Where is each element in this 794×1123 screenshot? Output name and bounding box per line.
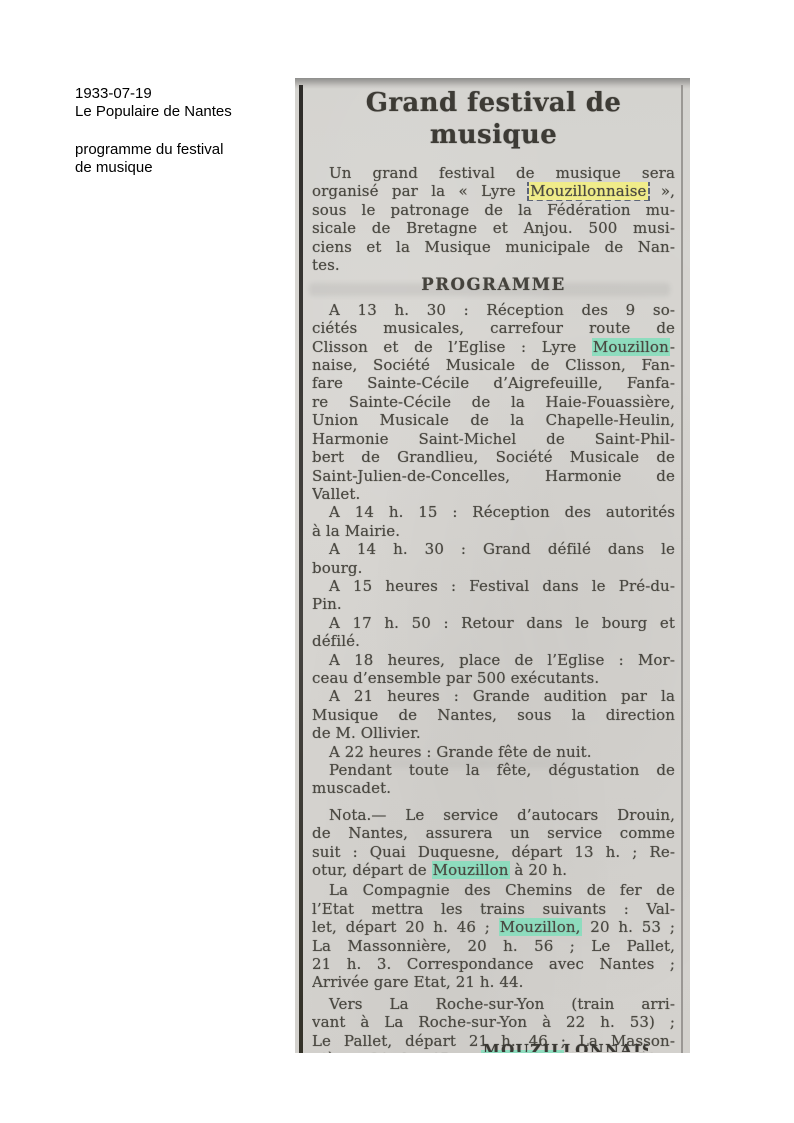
article-line: otur, départ de Mouzillon à 20 h. <box>312 861 675 879</box>
article-line: A 18 heures, place de l’Eglise : Mor- <box>312 651 675 669</box>
article-line: Saint-Julien-de-Concelles, Harmonie de <box>312 467 675 485</box>
paragraph: A 14 h. 15 : Réception des autoritésà la… <box>312 503 675 540</box>
clipping-description: programme du festival de musique <box>75 141 275 177</box>
article-title: Grand festival de musique <box>312 87 675 151</box>
article-line: bert de Grandlieu, Société Musicale de <box>312 448 675 466</box>
article-line: naise, Société Musicale de Clisson, Fan- <box>312 356 675 374</box>
clipping-source: Le Populaire de Nantes <box>75 103 275 121</box>
article-line: Pendant toute la fête, dégustation de <box>312 761 675 779</box>
article-line: Arrivée gare Etat, 21 h. 44. <box>312 973 675 991</box>
paragraph: A 14 h. 30 : Grand défilé dans lebourg. <box>312 540 675 577</box>
article-line: sous le patronage de la Fédération mu- <box>312 201 675 219</box>
article-line: A 13 h. 30 : Réception des 9 so- <box>312 301 675 319</box>
paragraph: Un grand festival de musique seraorganis… <box>312 164 675 274</box>
article-line: Pin. <box>312 595 675 613</box>
page: { "colors": { "paper": "#d6d4d0", "ink":… <box>0 0 794 1123</box>
search-highlight-green: Mouzillon <box>432 861 510 879</box>
paragraph: A 15 heures : Festival dans le Pré-du-Pi… <box>312 577 675 614</box>
paragraph: A 13 h. 30 : Réception des 9 so-ciétés m… <box>312 301 675 503</box>
article-line: La Massonnière, 20 h. 56 ; Le Pallet, <box>312 937 675 955</box>
newspaper-clipping-scan: Grand festival de musique Un grand festi… <box>295 78 690 1053</box>
article-line: ciétés musicales, carrefour route de <box>312 319 675 337</box>
column-rule-left <box>299 85 303 1053</box>
article-line: Musique de Nantes, sous la direction <box>312 706 675 724</box>
paragraph: A 18 heures, place de l’Eglise : Mor-cea… <box>312 651 675 688</box>
article-line: A 17 h. 50 : Retour dans le bourg et <box>312 614 675 632</box>
article-body: Un grand festival de musique seraorganis… <box>312 164 675 1053</box>
article-line: A 14 h. 30 : Grand défilé dans le <box>312 540 675 558</box>
article-line: Clisson et de l’Eglise : Lyre Mouzillon- <box>312 338 675 356</box>
article-line: ciens et la Musique municipale de Nan- <box>312 238 675 256</box>
article-line: La Compagnie des Chemins de fer de <box>312 881 675 899</box>
article-line: 21 h. 3. Correspondance avec Nantes ; <box>312 955 675 973</box>
article-line: bourg. <box>312 559 675 577</box>
article-line: Vers La Roche-sur-Yon (train arri- <box>312 995 675 1013</box>
article-line: A 14 h. 15 : Réception des autorités <box>312 503 675 521</box>
article-line: ceau d’ensemble par 500 exécutants. <box>312 669 675 687</box>
article-line: A 21 heures : Grande audition par la <box>312 687 675 705</box>
article-line: tes. <box>312 256 675 274</box>
article-line: défilé. <box>312 632 675 650</box>
article-line: Union Musicale de la Chapelle-Heulin, <box>312 411 675 429</box>
article-line: A 22 heures : Grande fête de nuit. <box>312 743 675 761</box>
article-line: Vallet. <box>312 485 675 503</box>
article-line: suit : Quai Duquesne, départ 13 h. ; Re- <box>312 843 675 861</box>
article-line: fare Sainte-Cécile d’Aigrefeuille, Fanfa… <box>312 374 675 392</box>
paragraph: La Compagnie des Chemins de fer del’Etat… <box>312 881 675 991</box>
paragraph: A 22 heures : Grande fête de nuit. <box>312 743 675 761</box>
article-line: Harmonie Saint-Michel de Saint-Phil- <box>312 430 675 448</box>
article-line: A 15 heures : Festival dans le Pré-du- <box>312 577 675 595</box>
paragraph: A 17 h. 50 : Retour dans le bourg etdéfi… <box>312 614 675 651</box>
search-highlight-green: Mouzillon, <box>499 918 582 936</box>
article-line: vant à La Roche-sur-Yon à 22 h. 53) ; <box>312 1013 675 1031</box>
search-highlight-yellow: Mouzillonnaise <box>529 182 647 200</box>
clipping-date: 1933-07-19 <box>75 85 275 103</box>
article-line: re Sainte-Cécile de la Haie-Fouassière, <box>312 393 675 411</box>
article-line: sicale de Bretagne et Anjou. 500 musi- <box>312 219 675 237</box>
article-line: à la Mairie. <box>312 522 675 540</box>
cut-off-text-fragment: MOUZILLONNAISE <box>483 1043 648 1052</box>
metadata-note: 1933-07-19 Le Populaire de Nantes progra… <box>75 85 275 177</box>
article-line: Nota.— Le service d’autocars Drouin, <box>312 806 675 824</box>
article-line: l’Etat mettra les trains suivants : Val- <box>312 900 675 918</box>
section-heading: PROGRAMME <box>312 276 675 294</box>
paragraph: A 21 heures : Grande audition par laMusi… <box>312 687 675 742</box>
article-line: de M. Ollivier. <box>312 724 675 742</box>
paragraph: Pendant toute la fête, dégustation demus… <box>312 761 675 798</box>
article-line: let, départ 20 h. 46 ; Mouzillon, 20 h. … <box>312 918 675 936</box>
search-highlight-green: Mouzillon <box>592 338 670 356</box>
article-line: Un grand festival de musique sera <box>312 164 675 182</box>
article-line: organisé par la « Lyre Mouzillonnaise », <box>312 182 675 200</box>
article: Grand festival de musique Un grand festi… <box>312 85 675 1053</box>
article-line: muscadet. <box>312 779 675 797</box>
article-line: de Nantes, assurera un service comme <box>312 824 675 842</box>
column-rule-right <box>681 85 683 1053</box>
paragraph: Nota.— Le service d’autocars Drouin,de N… <box>312 806 675 880</box>
